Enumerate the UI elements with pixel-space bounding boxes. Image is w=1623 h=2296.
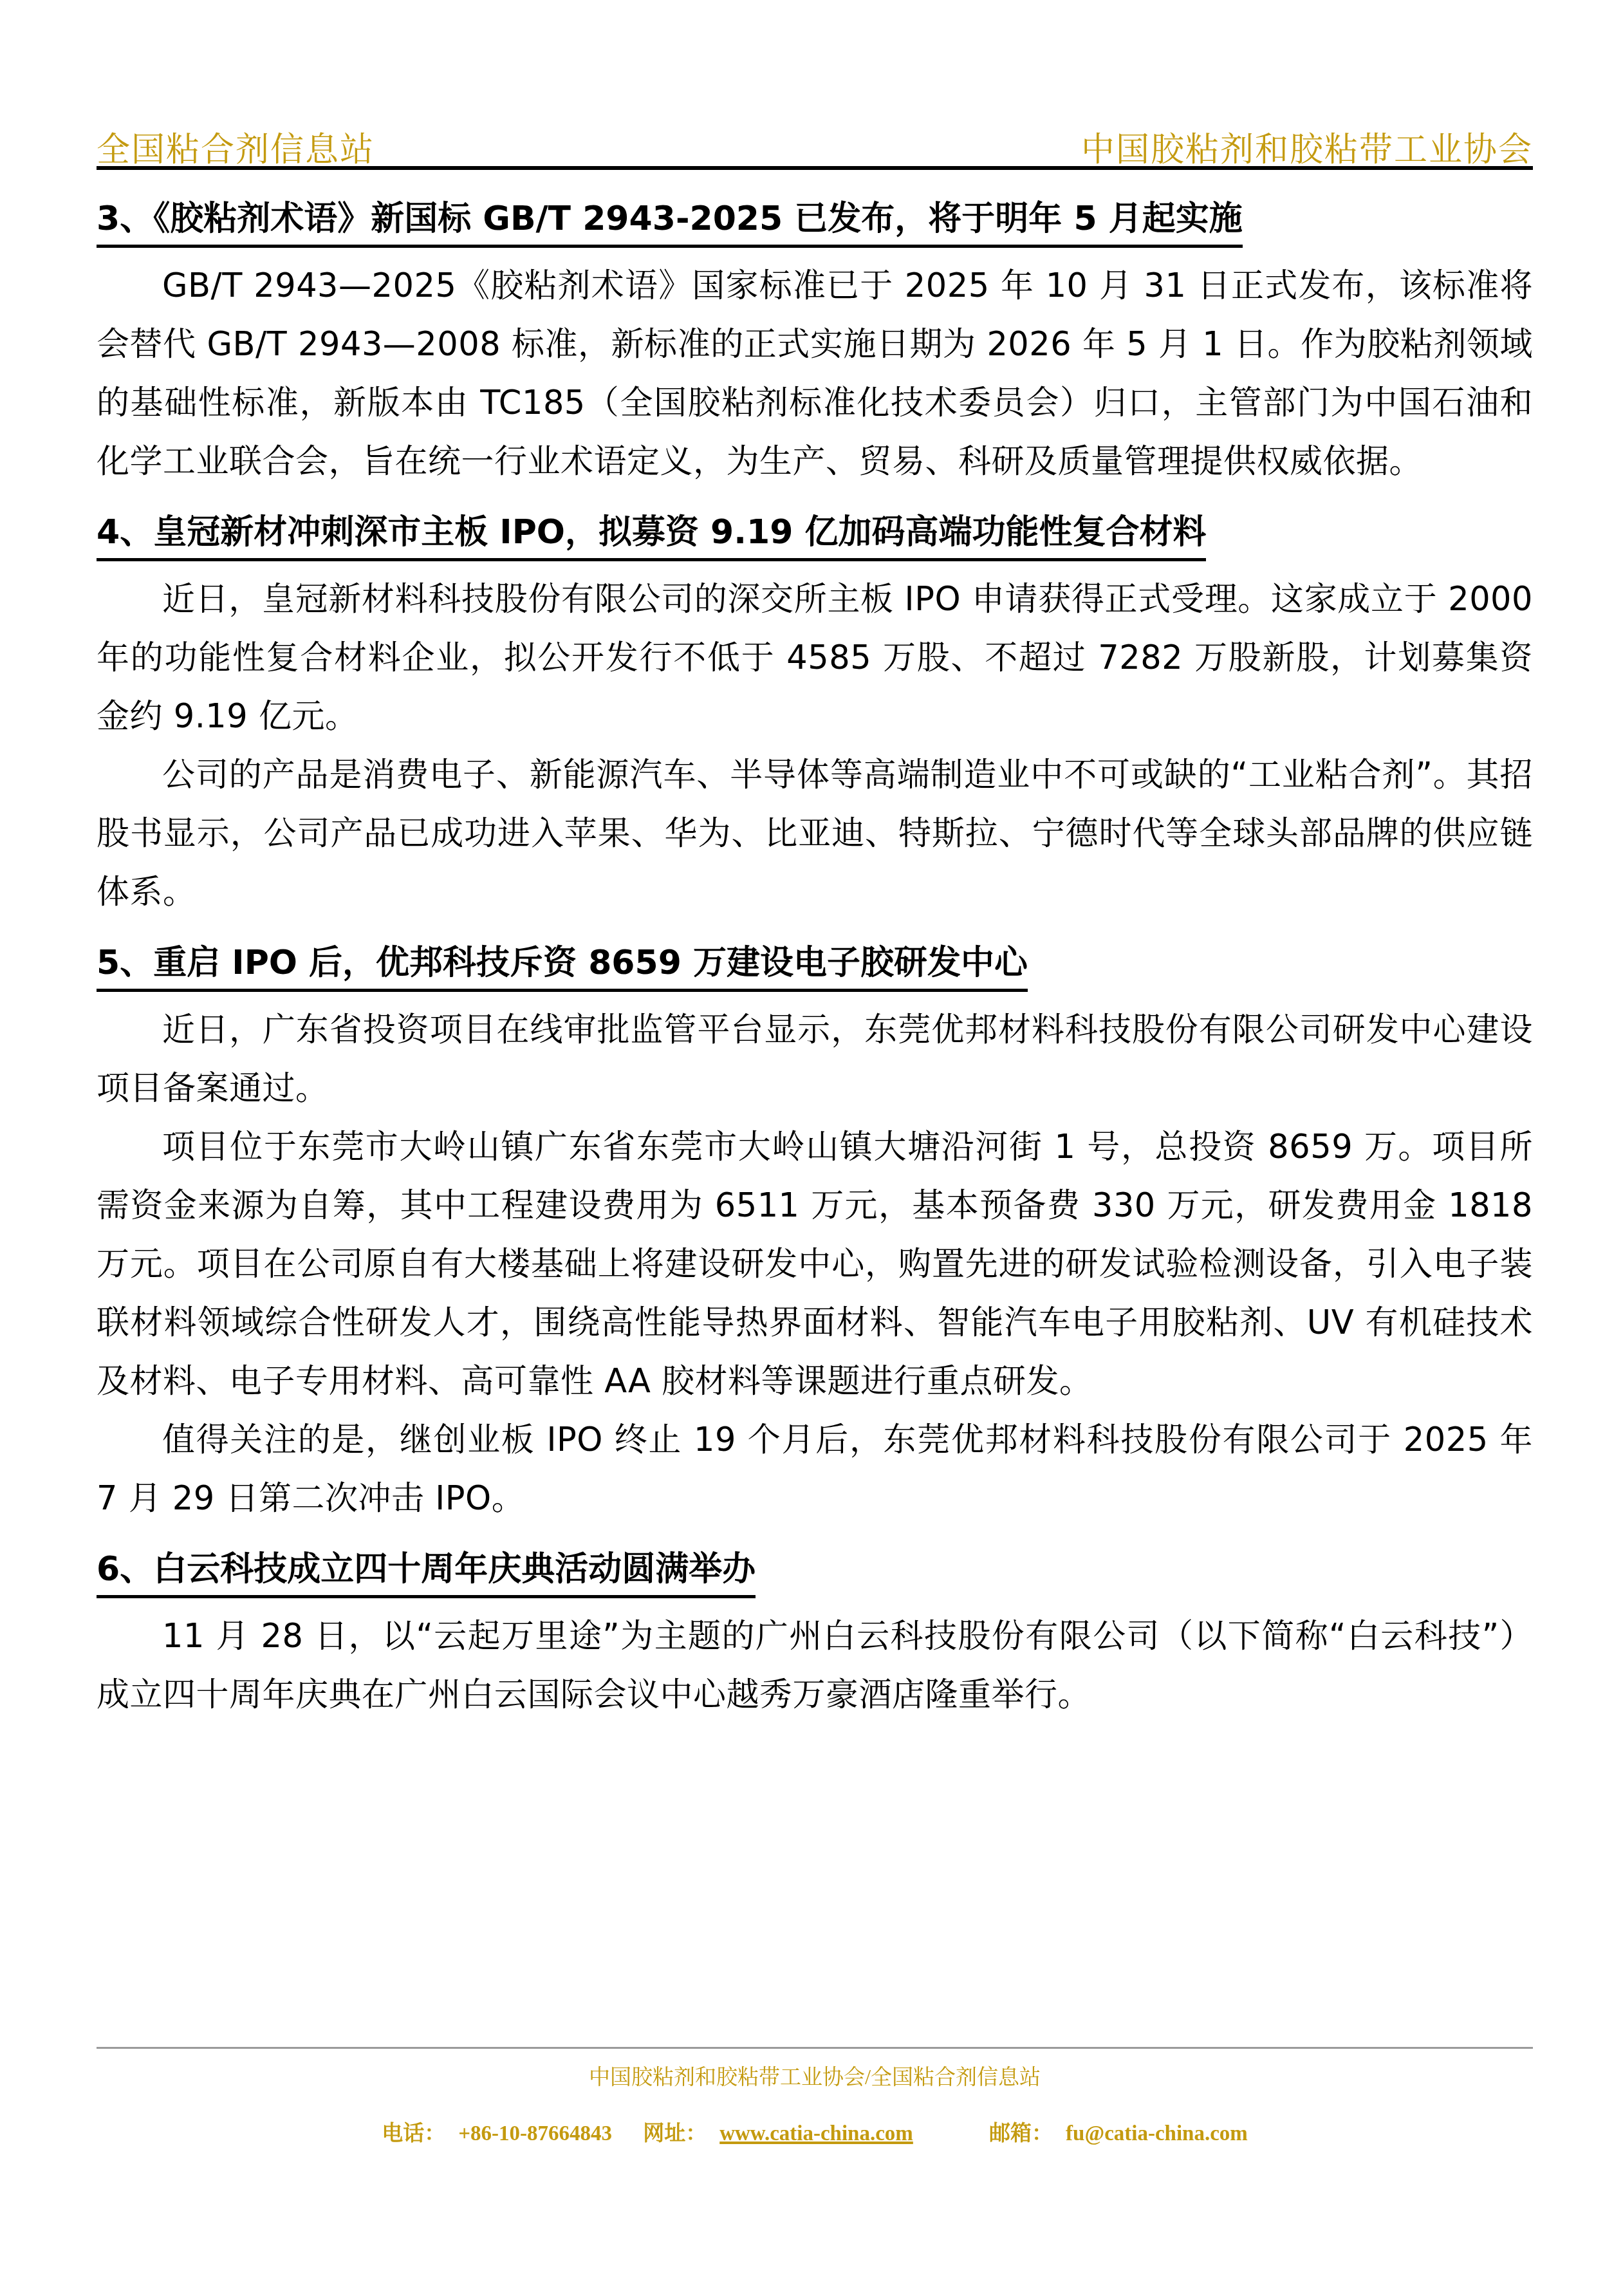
section-title: 5、重启 IPO 后，优邦科技斥资 8659 万建设电子胶研发中心: [97, 937, 1028, 992]
section-title: 4、皇冠新材冲刺深市主板 IPO，拟募资 9.19 亿加码高端功能性复合材料: [97, 507, 1206, 561]
email-label: 邮箱：: [989, 2122, 1053, 2145]
news-section-6: 6、白云科技成立四十周年庆典活动圆满举办 11 月 28 日，以“云起万里途”为…: [97, 1544, 1533, 1724]
page-header: 全国粘合剂信息站 中国胶粘剂和胶粘带工业协会: [97, 116, 1533, 170]
news-section-4: 4、皇冠新材冲刺深市主板 IPO，拟募资 9.19 亿加码高端功能性复合材料 近…: [97, 507, 1533, 922]
news-section-3: 3、《胶粘剂术语》新国标 GB/T 2943-2025 已发布，将于明年 5 月…: [97, 193, 1533, 491]
paragraph: 项目位于东莞市大岭山镇广东省东莞市大岭山镇大塘沿河街 1 号，总投资 8659 …: [97, 1118, 1533, 1411]
paragraph: 值得关注的是，继创业板 IPO 终止 19 个月后，东莞优邦材料科技股份有限公司…: [97, 1411, 1533, 1528]
footer-contact-line: 电话：+86-10-87664843 网址：www.catia-china.co…: [97, 2116, 1533, 2147]
paragraph: GB/T 2943—2025《胶粘剂术语》国家标准已于 2025 年 10 月 …: [97, 257, 1533, 491]
phone-number: +86-10-87664843: [458, 2122, 612, 2145]
paragraph: 公司的产品是消费电子、新能源汽车、半导体等高端制造业中不可或缺的“工业粘合剂”。…: [97, 746, 1533, 922]
paragraph: 近日，皇冠新材料科技股份有限公司的深交所主板 IPO 申请获得正式受理。这家成立…: [97, 570, 1533, 746]
section-title: 3、《胶粘剂术语》新国标 GB/T 2943-2025 已发布，将于明年 5 月…: [97, 193, 1243, 248]
email-address[interactable]: fu@catia-china.com: [1066, 2122, 1248, 2145]
web-label: 网址：: [643, 2122, 707, 2145]
section-title: 6、白云科技成立四十周年庆典活动圆满举办: [97, 1544, 756, 1598]
header-site-name: 全国粘合剂信息站: [97, 122, 375, 171]
paragraph: 近日，广东省投资项目在线审批监管平台显示，东莞优邦材料科技股份有限公司研发中心建…: [97, 1001, 1533, 1118]
article-content: 3、《胶粘剂术语》新国标 GB/T 2943-2025 已发布，将于明年 5 月…: [97, 193, 1533, 1740]
footer-org-line: 中国胶粘剂和胶粘带工业协会/全国粘合剂信息站: [97, 2060, 1533, 2091]
header-association-name: 中国胶粘剂和胶粘带工业协会: [1081, 122, 1533, 171]
phone-label: 电话：: [382, 2122, 445, 2145]
news-section-5: 5、重启 IPO 后，优邦科技斥资 8659 万建设电子胶研发中心 近日，广东省…: [97, 937, 1533, 1528]
paragraph: 11 月 28 日，以“云起万里途”为主题的广州白云科技股份有限公司（以下简称“…: [97, 1607, 1533, 1724]
footer-website: 网址：www.catia-china.com: [636, 2122, 965, 2145]
website-link[interactable]: www.catia-china.com: [719, 2122, 958, 2145]
page-footer: 中国胶粘剂和胶粘带工业协会/全国粘合剂信息站 电话：+86-10-8766484…: [97, 2047, 1533, 2147]
footer-email: 邮箱：fu@catia-china.com: [983, 2122, 1254, 2145]
footer-phone: 电话：+86-10-87664843: [375, 2122, 618, 2145]
